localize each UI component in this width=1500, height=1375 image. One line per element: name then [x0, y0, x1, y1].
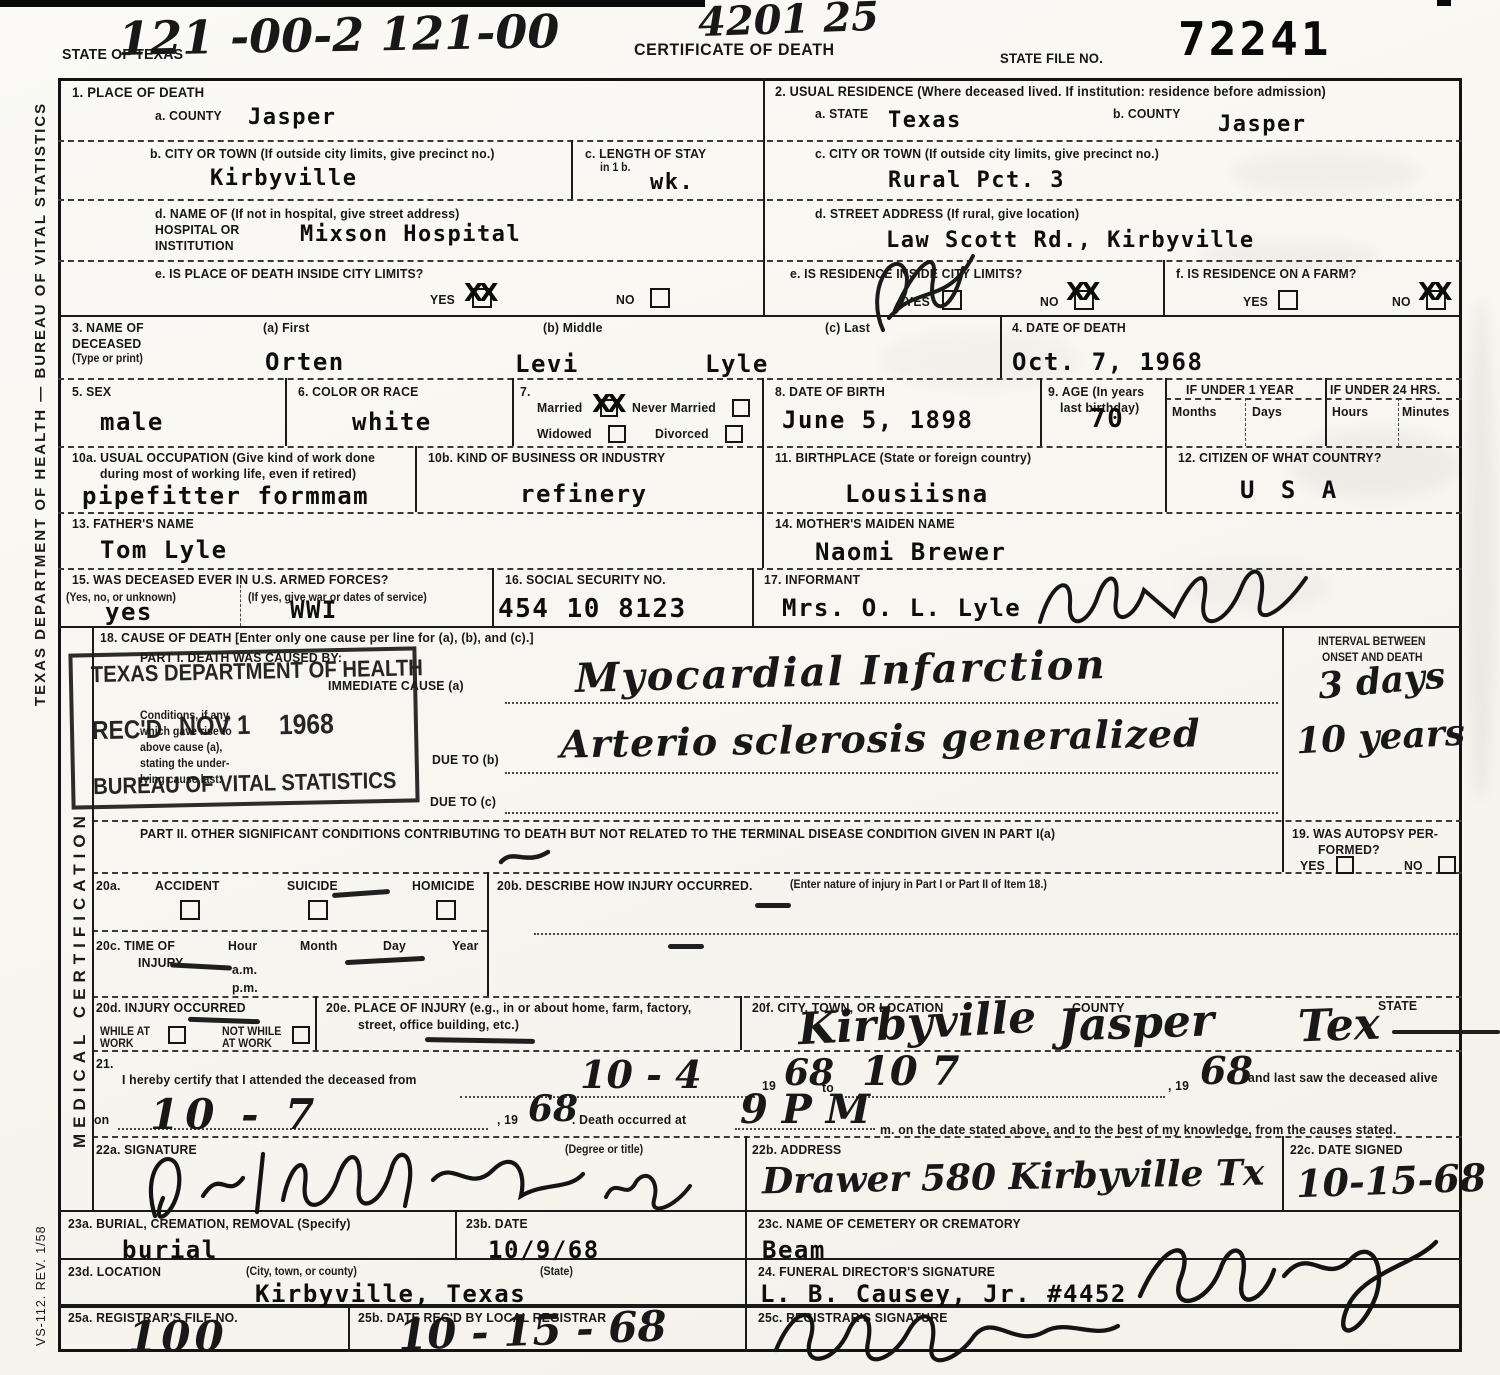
checkmark-1e-yes: XX: [464, 278, 495, 307]
field-2-label: 2. USUAL RESIDENCE (Where deceased lived…: [775, 84, 1326, 99]
divider: [1282, 626, 1284, 872]
divider: [1245, 398, 1246, 446]
field-3a-label: (a) First: [263, 320, 310, 335]
stamp-year: 1968: [279, 708, 334, 741]
checkbox-homicide: [436, 900, 456, 920]
field-2a-value: Texas: [888, 108, 962, 133]
field-14-value: Naomi Brewer: [815, 538, 1006, 566]
divider: [315, 996, 317, 1050]
divider: [58, 315, 1462, 317]
field-10a-value: pipefitter formmam: [82, 482, 369, 510]
to-date-handwriting: 10 7: [862, 1048, 959, 1095]
field-2f-yes-label: YES: [1243, 294, 1268, 309]
field-24-label: 24. FUNERAL DIRECTOR'S SIGNATURE: [758, 1264, 995, 1279]
minutes-label: Minutes: [1402, 404, 1449, 419]
interval-label-1: INTERVAL BETWEEN: [1318, 636, 1426, 648]
cause-b-line: [505, 772, 1278, 774]
divider: [487, 872, 489, 996]
scan-edge-artifact: [0, 0, 705, 7]
divider: [762, 378, 764, 446]
field-25b-handwriting: 10 - 15 - 68: [397, 1301, 667, 1359]
field-20e-label2: street, office building, etc.): [358, 1017, 519, 1032]
cause-c-line: [505, 812, 1278, 814]
year-label: Year: [452, 938, 479, 953]
field-3b-label: (b) Middle: [543, 320, 603, 335]
department-vertical-label: TEXAS DEPARTMENT OF HEALTH — BUREAU OF V…: [32, 102, 49, 706]
field-1e-yes-label: YES: [430, 292, 455, 307]
field-13-value: Tom Lyle: [100, 536, 228, 564]
certify-blank: [845, 1096, 1165, 1098]
checkbox-while-at-work: [168, 1026, 186, 1044]
field-7-never-married-label: Never Married: [632, 400, 716, 415]
field-23d-sub2: (State): [540, 1266, 573, 1278]
checkbox-7-widowed: [608, 425, 626, 443]
stamp-recd: REC'D: [92, 714, 163, 746]
field-19-label2: FORMED?: [1318, 842, 1380, 857]
received-stamp: TEXAS DEPARTMENT OF HEALTH REC'D NOV 1 1…: [68, 646, 419, 809]
field-23b-label: 23b. DATE: [466, 1216, 528, 1231]
divider: [752, 568, 754, 626]
field-1c-sublabel: in 1 b.: [600, 162, 631, 174]
field-20e-label: 20e. PLACE OF INJURY (e.g., in or about …: [326, 1000, 692, 1015]
field-10b-value: refinery: [520, 480, 648, 508]
field-1d-label3: INSTITUTION: [155, 238, 234, 253]
due-to-b-label: DUE TO (b): [432, 752, 499, 767]
field-15-value1: yes: [105, 598, 153, 626]
physician-signature: [125, 1138, 595, 1228]
checkbox-suicide: [308, 900, 328, 920]
field-19-label: 19. WAS AUTOPSY PER-: [1292, 826, 1438, 841]
field-3-label: 3. NAME OF: [72, 320, 144, 335]
death-certificate-scan: STATE OF TEXAS 121 -00-2 121-00 CERTIFIC…: [0, 0, 1500, 1375]
under-1-year-label: IF UNDER 1 YEAR: [1186, 382, 1294, 397]
year-prefix-3: , 19: [497, 1112, 518, 1127]
registrar-signature: [762, 1292, 1142, 1372]
field-16-value: 454 10 8123: [498, 594, 687, 624]
divider: [1325, 378, 1327, 446]
field-17-value: Mrs. O. L. Lyle: [782, 594, 1021, 622]
divider: [1165, 398, 1462, 400]
state-file-number: 72241: [1178, 12, 1331, 66]
field-7-label: 7.: [520, 384, 531, 399]
state-column-label: STATE: [1378, 998, 1417, 1013]
field-20c-label: 20c. TIME OF: [96, 938, 175, 953]
divider: [745, 1136, 747, 1352]
field-25a-handwriting: 100: [128, 1312, 228, 1361]
accident-label: ACCIDENT: [155, 878, 220, 893]
hours-label: Hours: [1332, 404, 1368, 419]
field-9-value: 70: [1090, 404, 1124, 434]
divider: [1282, 1136, 1284, 1210]
field-15-value2: WWI: [290, 596, 338, 624]
checkbox-not-while-at-work: [292, 1026, 310, 1044]
field-22c-handwriting: 10-15-68: [1295, 1155, 1487, 1207]
field-20a-label: 20a.: [96, 878, 121, 893]
field-6-value: white: [352, 408, 432, 436]
field-10a-label: 10a. USUAL OCCUPATION (Give kind of work…: [72, 450, 375, 465]
stamp-line-1: TEXAS DEPARTMENT OF HEALTH: [91, 654, 424, 688]
under-24-hrs-label: IF UNDER 24 HRS.: [1330, 382, 1440, 397]
field-17-label: 17. INFORMANT: [764, 572, 860, 587]
field-2f-no-label: NO: [1392, 294, 1411, 309]
on-date-handwriting: 10 - 7: [150, 1090, 320, 1139]
field-12-value: U S A: [1240, 476, 1342, 504]
homicide-label: HOMICIDE: [412, 878, 475, 893]
divider: [92, 872, 1462, 874]
field-14-label: 14. MOTHER'S MAIDEN NAME: [775, 516, 955, 531]
handwritten-dash: [668, 944, 704, 949]
handwritten-cert-numbers: 121 -00-2 121-00: [118, 4, 560, 66]
divider: [1163, 260, 1165, 315]
field-4-label: 4. DATE OF DEATH: [1012, 320, 1126, 335]
field-12-label: 12. CITIZEN OF WHAT COUNTRY?: [1178, 450, 1381, 465]
funeral-director-signature: [1122, 1224, 1452, 1344]
stamp-line-3: BUREAU OF VITAL STATISTICS: [93, 767, 397, 800]
field-23c-value: Beam: [762, 1236, 826, 1264]
field-10b-label: 10b. KIND OF BUSINESS OR INDUSTRY: [428, 450, 665, 465]
certify-text-3: m. on the date stated above, and to the …: [880, 1122, 1396, 1137]
divider: [762, 446, 764, 512]
handwritten-dash: [755, 903, 791, 908]
interval-b-handwriting: 10 years: [1295, 712, 1466, 763]
field-3c-value: Lyle: [705, 350, 769, 378]
field-23b-value: 10/9/68: [488, 1236, 600, 1264]
field-15-label: 15. WAS DECEASED EVER IN U.S. ARMED FORC…: [72, 572, 389, 587]
divider: [1000, 315, 1002, 378]
divider: [512, 378, 514, 446]
divider: [240, 585, 241, 626]
field-1e-no-label: NO: [616, 292, 635, 307]
months-label: Months: [1172, 404, 1217, 419]
field-23a-label: 23a. BURIAL, CREMATION, REMOVAL (Specify…: [68, 1216, 351, 1231]
field-23c-label: 23c. NAME OF CEMETERY OR CREMATORY: [758, 1216, 1021, 1231]
divider: [571, 140, 573, 199]
handwritten-stroke: [1392, 1030, 1500, 1034]
field-11-value: Lousiisna: [845, 480, 989, 508]
field-9-label: 9. AGE (In years: [1048, 384, 1144, 399]
field-2b-value: Jasper: [1218, 112, 1306, 137]
divider: [763, 78, 765, 315]
checkmark-2f-no: XX: [1418, 277, 1449, 306]
divider: [58, 512, 1462, 514]
divider: [1398, 398, 1399, 446]
field-21-label: 21.: [96, 1056, 114, 1071]
divider: [1040, 378, 1042, 446]
checkbox-1e-no: [650, 288, 670, 308]
field-19-no-label: NO: [1404, 858, 1423, 873]
field-22b-handwriting: Drawer 580 Kirbyville Tx: [762, 1152, 1265, 1203]
divider: [58, 140, 1462, 142]
from-date-handwriting: 10 - 4: [580, 1052, 702, 1097]
year-prefix-2: , 19: [1168, 1078, 1189, 1093]
on-label: on: [94, 1112, 109, 1127]
cause-a-line: [505, 702, 1278, 704]
on-year-handwriting: 68: [528, 1088, 578, 1130]
field-16-label: 16. SOCIAL SECURITY NO.: [505, 572, 666, 587]
field-13-label: 13. FATHER'S NAME: [72, 516, 194, 531]
field-23d-value: Kirbyville, Texas: [255, 1280, 526, 1308]
time-of-death-handwriting: 9 P M: [740, 1086, 870, 1133]
field-2a-label: a. STATE: [815, 106, 868, 121]
field-23d-label: 23d. LOCATION: [68, 1264, 161, 1279]
not-while-label: NOT WHILE: [222, 1026, 281, 1038]
field-1d-label2: HOSPITAL OR: [155, 222, 239, 237]
field-1a-value: Jasper: [248, 105, 336, 130]
handwritten-scribble-2e: [855, 240, 985, 335]
divider: [58, 446, 1462, 448]
day-label: Day: [383, 938, 406, 953]
divider: [1165, 378, 1167, 446]
field-2c-value: Rural Pct. 3: [888, 168, 1065, 193]
field-3-label3: (Type or print): [72, 353, 143, 365]
form-number-vertical-label: VS-112. REV. 1/58: [34, 1225, 48, 1346]
field-10a-label2: during most of working life, even if ret…: [100, 466, 356, 481]
handwritten-top-numbers: 4201 25: [697, 0, 879, 46]
field-3b-value: Levi: [515, 350, 579, 378]
divider: [415, 446, 417, 512]
degree-handwriting: [598, 1162, 698, 1212]
field-1c-label: c. LENGTH OF STAY: [585, 146, 706, 161]
field-22b-label: 22b. ADDRESS: [752, 1142, 841, 1157]
stamp-date: NOV 1: [179, 710, 251, 742]
pm-label: p.m.: [232, 980, 258, 995]
field-2d-label: d. STREET ADDRESS (If rural, give locati…: [815, 206, 1079, 221]
state-file-no-label: STATE FILE NO.: [1000, 50, 1103, 66]
field-19-yes-label: YES: [1300, 858, 1325, 873]
scan-edge-artifact: [1437, 0, 1451, 6]
field-2e-no-label: NO: [1040, 294, 1059, 309]
divider: [58, 378, 1462, 380]
field-20f-county-handwriting: Jasper: [1057, 995, 1215, 1051]
month-label: Month: [300, 938, 338, 953]
field-1b-label: b. CITY OR TOWN (If outside city limits,…: [150, 146, 495, 161]
field-8-label: 8. DATE OF BIRTH: [775, 384, 885, 399]
field-18-label: 18. CAUSE OF DEATH [Enter only one cause…: [100, 630, 534, 645]
divider: [92, 930, 487, 932]
am-label: a.m.: [232, 962, 257, 977]
certify-text-2: and last saw the deceased alive: [1248, 1070, 1438, 1085]
field-7-divorced-label: Divorced: [655, 426, 709, 441]
field-23a-value: burial: [122, 1236, 218, 1264]
days-label: Days: [1252, 404, 1282, 419]
while-at-label: WHILE AT: [100, 1026, 150, 1038]
checkbox-accident: [180, 900, 200, 920]
certify-text-1: I hereby certify that I attended the dec…: [122, 1072, 417, 1087]
hour-label: Hour: [228, 938, 257, 953]
checkmark-2e-no: XX: [1066, 277, 1097, 306]
divider: [285, 378, 287, 446]
field-6-label: 6. COLOR OR RACE: [298, 384, 418, 399]
checkmark-7-married: XX: [592, 389, 623, 418]
checkbox-2f-yes: [1278, 290, 1298, 310]
field-7-widowed-label: Widowed: [537, 426, 592, 441]
field-23d-sub1: (City, town, or county): [246, 1266, 357, 1278]
checkbox-19-no: [1438, 856, 1456, 874]
not-while-label2: AT WORK: [222, 1038, 272, 1050]
field-1-label: 1. PLACE OF DEATH: [72, 84, 204, 100]
checkbox-7-divorced: [725, 425, 743, 443]
field-3a-value: Orten: [265, 348, 345, 376]
while-at-label2: WORK: [100, 1038, 134, 1050]
field-8-value: June 5, 1898: [782, 406, 973, 434]
field-5-value: male: [100, 408, 164, 436]
field-3c-label: (c) Last: [825, 320, 870, 335]
field-1b-value: Kirbyville: [210, 166, 357, 191]
field-20d-label: 20d. INJURY OCCURRED: [96, 1000, 246, 1015]
field-1a-label: a. COUNTY: [155, 108, 222, 123]
field-1d-value: Mixson Hospital: [300, 222, 521, 247]
divider: [492, 568, 494, 626]
field-5-label: 5. SEX: [72, 384, 111, 399]
due-to-c-label: DUE TO (c): [430, 794, 496, 809]
divider: [762, 512, 764, 568]
field-20b-label: 20b. DESCRIBE HOW INJURY OCCURRED.: [497, 878, 753, 893]
field-20f-state-handwriting: Tex: [1297, 999, 1381, 1053]
field-20b-line: [534, 933, 1458, 935]
field-2f-label: f. IS RESIDENCE ON A FARM?: [1176, 266, 1357, 281]
informant-signature: [1030, 560, 1320, 645]
divider: [740, 996, 742, 1050]
checkbox-7-never-married: [732, 399, 750, 417]
degree-or-title-label: (Degree or title): [565, 1144, 643, 1156]
divider: [348, 1304, 350, 1352]
field-1d-label: d. NAME OF (If not in hospital, give str…: [155, 206, 459, 221]
field-7-married-label: Married: [537, 400, 582, 415]
checkbox-19-yes: [1336, 856, 1354, 874]
bleed-through-artifact: [1466, 300, 1496, 800]
field-2c-label: c. CITY OR TOWN (If outside city limits,…: [815, 146, 1159, 161]
death-occurred-label: . Death occurred at: [572, 1112, 686, 1127]
field-2b-label: b. COUNTY: [1113, 106, 1181, 121]
divider: [92, 820, 1462, 822]
divider: [58, 260, 1462, 262]
divider: [1165, 446, 1167, 512]
field-1c-value: wk.: [650, 170, 694, 195]
field-3-label2: DECEASED: [72, 336, 141, 351]
field-22c-label: 22c. DATE SIGNED: [1290, 1142, 1403, 1157]
field-11-label: 11. BIRTHPLACE (State or foreign country…: [775, 450, 1031, 465]
field-4-value: Oct. 7, 1968: [1012, 348, 1203, 376]
suicide-label: SUICIDE: [287, 878, 338, 893]
field-1e-label: e. IS PLACE OF DEATH INSIDE CITY LIMITS?: [155, 266, 423, 281]
field-20b-sublabel: (Enter nature of injury in Part I or Par…: [790, 879, 1047, 891]
divider: [92, 996, 1462, 998]
to-year-handwriting: 68: [1200, 1048, 1253, 1093]
divider: [92, 1050, 1462, 1052]
handwritten-check-part2: [498, 844, 553, 869]
divider: [58, 199, 1462, 201]
part2-label: PART II. OTHER SIGNIFICANT CONDITIONS CO…: [140, 826, 1055, 841]
